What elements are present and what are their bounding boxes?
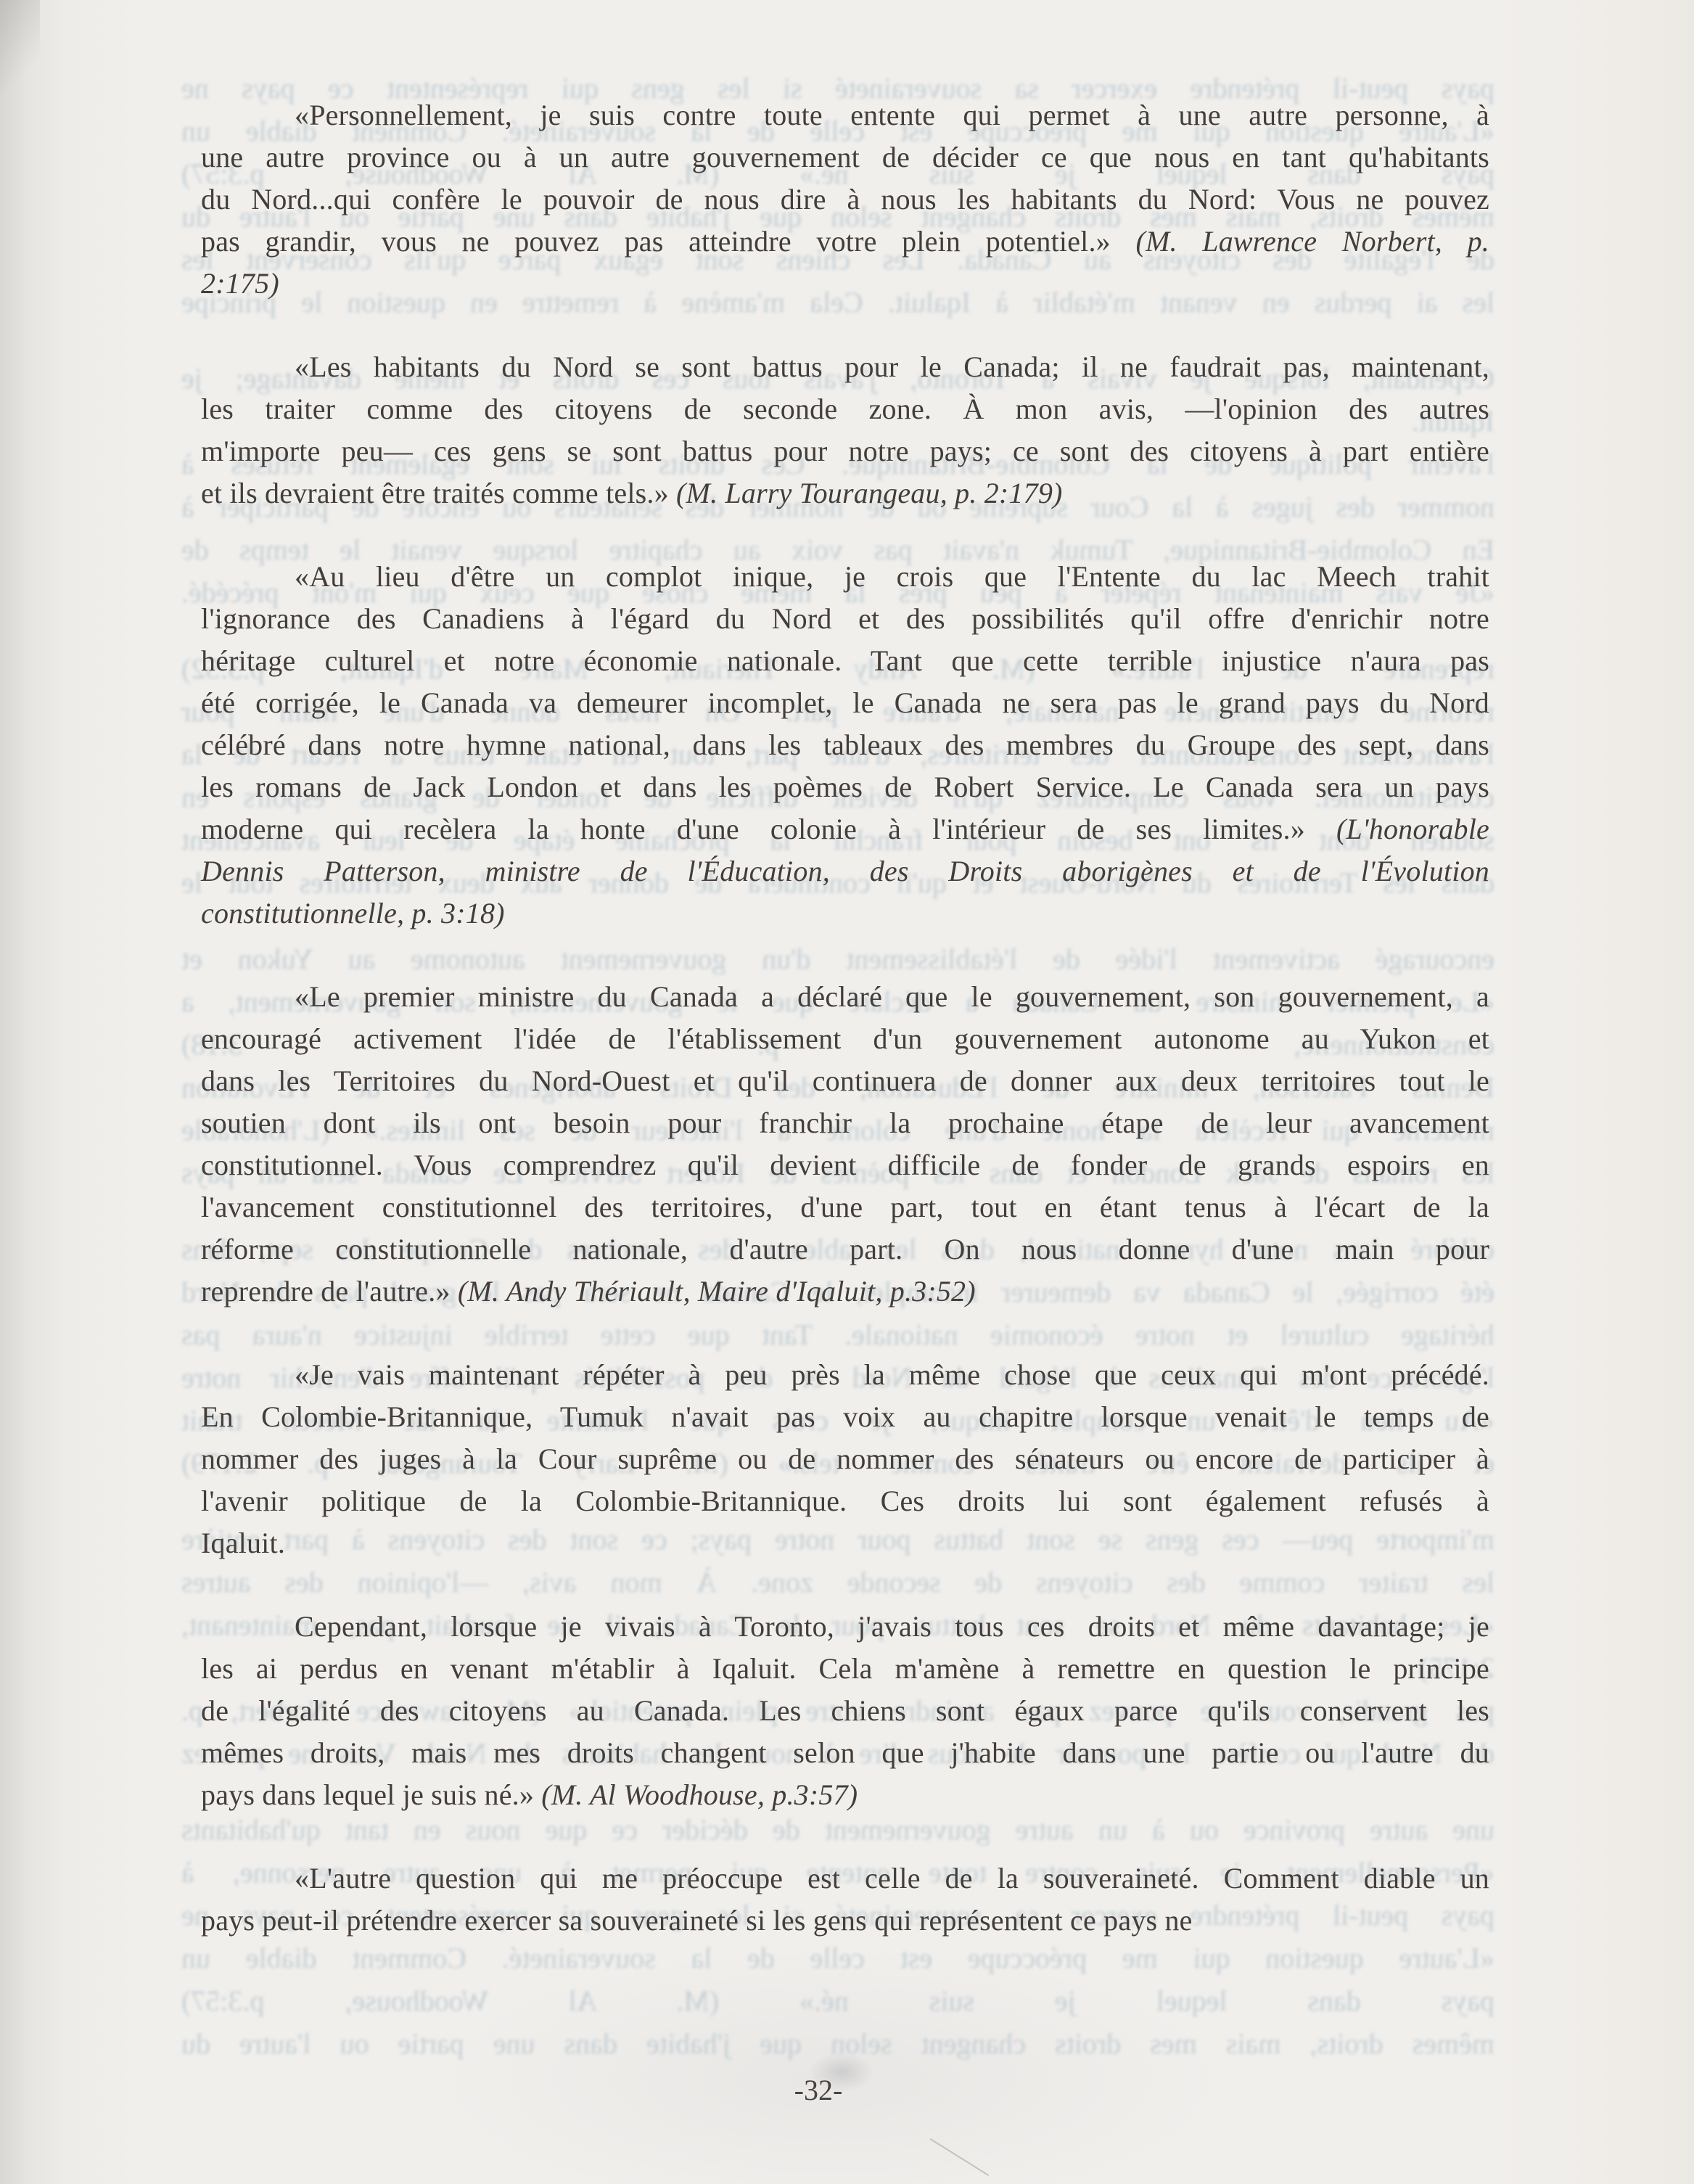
text-line: réforme constitutionnelle nationale, d'a…	[201, 1228, 1489, 1270]
text-line: moderne qui recèlera la honte d'une colo…	[201, 808, 1489, 850]
scan-edge-shadow	[0, 0, 40, 102]
text-line: «Les habitants du Nord se sont battus po…	[201, 346, 1489, 388]
paragraph: «Au lieu d'être un complot inique, je cr…	[201, 556, 1489, 935]
text-line: héritage culturel et notre économie nati…	[201, 640, 1489, 682]
text-line: pays peut-il prétendre exercer sa souver…	[201, 1900, 1489, 1942]
text-line: reprendre de l'autre.» (M. Andy Thériaul…	[201, 1270, 1489, 1313]
text-line: Cependant, lorsque je vivais à Toronto, …	[201, 1606, 1489, 1648]
text-line: l'avancement constitutionnel des territo…	[201, 1186, 1489, 1228]
text-line: m'importe peu— ces gens se sont battus p…	[201, 430, 1489, 472]
text-line: l'avenir politique de la Colombie-Britan…	[201, 1480, 1489, 1522]
text-line: pas grandir, vous ne pouvez pas atteindr…	[201, 221, 1489, 263]
paragraph: «Personnellement, je suis contre toute e…	[201, 94, 1489, 305]
text-line: «L'autre question qui me préoccupe est c…	[201, 1857, 1489, 1900]
text-line: «Personnellement, je suis contre toute e…	[201, 94, 1489, 136]
text-line: encouragé activement l'idée de l'établis…	[201, 1018, 1489, 1060]
text-line: nommer des juges à la Cour suprême ou de…	[201, 1438, 1489, 1480]
text-line: célébré dans notre hymne national, dans …	[201, 724, 1489, 766]
text-line: constitutionnelle, p. 3:18)	[201, 892, 1489, 935]
page-number: -32-	[0, 2069, 1637, 2111]
text-line: été corrigée, le Canada va demeurer inco…	[201, 682, 1489, 724]
text-line: soutien dont ils ont besoin pour franchi…	[201, 1102, 1489, 1144]
text-line: pays dans lequel je suis né.» (M. Al Woo…	[201, 1774, 1489, 1816]
paragraph: Cependant, lorsque je vivais à Toronto, …	[201, 1606, 1489, 1816]
paragraph: «Je vais maintenant répéter à peu près l…	[201, 1354, 1489, 1564]
text-line: mêmes droits, mais mes droits changent s…	[201, 1732, 1489, 1774]
text-line: les ai perdus en venant m'établir à Iqal…	[201, 1648, 1489, 1690]
text-line: constitutionnel. Vous comprendrez qu'il …	[201, 1144, 1489, 1186]
text-line: l'ignorance des Canadiens à l'égard du N…	[201, 598, 1489, 640]
text-column: «Personnellement, je suis contre toute e…	[201, 94, 1489, 1942]
text-line: dans les Territoires du Nord-Ouest et qu…	[201, 1060, 1489, 1102]
scanned-document-page: pays peut-il prétendre exercer sa souver…	[0, 0, 1694, 2184]
text-line: les traiter comme des citoyens de second…	[201, 388, 1489, 430]
text-line: les romans de Jack London et dans les po…	[201, 766, 1489, 808]
text-line: 2:175)	[201, 263, 1489, 305]
text-line: «Au lieu d'être un complot inique, je cr…	[201, 556, 1489, 598]
text-line: Dennis Patterson, ministre de l'Éducatio…	[201, 850, 1489, 892]
paper-scratch	[930, 2138, 990, 2176]
paragraph: «L'autre question qui me préoccupe est c…	[201, 1857, 1489, 1942]
text-line: du Nord...qui confère le pouvoir de nous…	[201, 178, 1489, 221]
paragraph: «Le premier ministre du Canada a déclaré…	[201, 976, 1489, 1313]
text-line: de l'égalité des citoyens au Canada. Les…	[201, 1690, 1489, 1732]
text-line: Iqaluit.	[201, 1522, 1489, 1564]
text-line: et ils devraient être traités comme tels…	[201, 472, 1489, 514]
text-line: «Le premier ministre du Canada a déclaré…	[201, 976, 1489, 1018]
paragraph: «Les habitants du Nord se sont battus po…	[201, 346, 1489, 514]
text-line: En Colombie-Britannique, Tumuk n'avait p…	[201, 1396, 1489, 1438]
text-line: une autre province ou à un autre gouvern…	[201, 136, 1489, 178]
text-line: «Je vais maintenant répéter à peu près l…	[201, 1354, 1489, 1396]
